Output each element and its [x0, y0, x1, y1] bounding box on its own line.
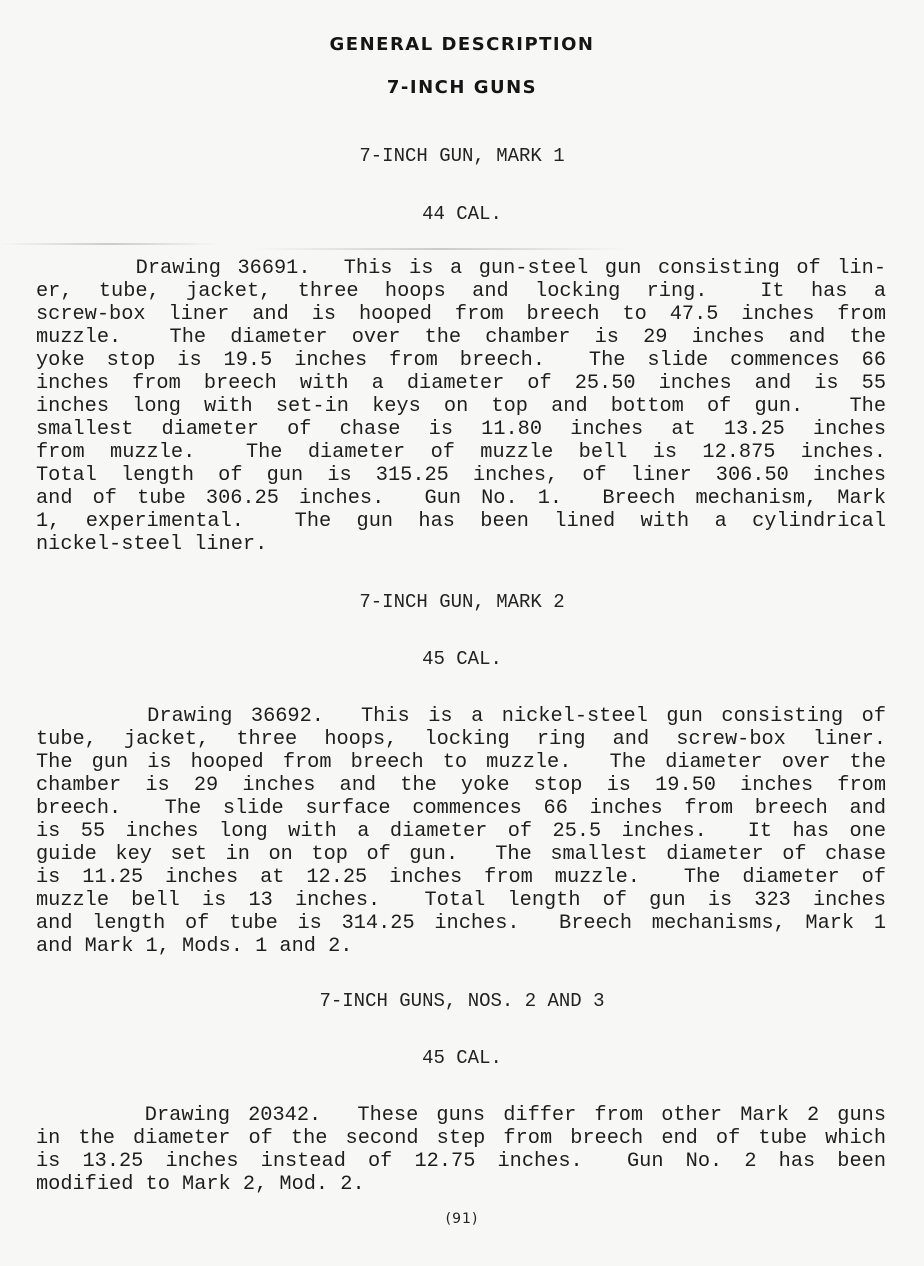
paragraph-line: inches long with set-in keys on top and … — [36, 395, 886, 418]
paragraph-line: is 11.25 inches at 12.25 inches from muz… — [36, 866, 886, 889]
paragraph-line: from muzzle. The diameter of muzzle bell… — [36, 441, 886, 464]
paragraph-line: in the diameter of the second step from … — [36, 1127, 886, 1150]
paragraph-line: Total length of gun is 315.25 inches, of… — [36, 464, 886, 487]
paragraph-line: Drawing 36691. This is a gun-steel gun c… — [36, 257, 886, 280]
paragraph-line: and length of tube is 314.25 inches. Bre… — [36, 912, 886, 935]
scan-artifact — [250, 248, 630, 250]
paragraph-line: Drawing 20342. These guns differ from ot… — [36, 1104, 886, 1127]
section-paragraph: Drawing 36692. This is a nickel-steel gu… — [36, 705, 886, 958]
section-paragraph: Drawing 36691. This is a gun-steel gun c… — [36, 257, 886, 556]
paragraph-line: yoke stop is 19.5 inches from breech. Th… — [36, 349, 886, 372]
scan-artifact — [0, 243, 220, 245]
paragraph-line: modified to Mark 2, Mod. 2. — [36, 1173, 886, 1196]
paragraph-line: smallest diameter of chase is 11.80 inch… — [36, 418, 886, 441]
paragraph-line: screw-box liner and is hooped from breec… — [36, 303, 886, 326]
paragraph-line: inches from breech with a diameter of 25… — [36, 372, 886, 395]
section-title: 7-INCH GUN, MARK 2 — [0, 591, 924, 613]
paragraph-line: 1, experimental. The gun has been lined … — [36, 510, 886, 533]
paragraph-line: is 13.25 inches instead of 12.75 inches.… — [36, 1150, 886, 1173]
section-title: 7-INCH GUN, MARK 1 — [0, 145, 924, 167]
section-caliber: 45 CAL. — [0, 648, 924, 670]
page-number: (91) — [0, 1211, 924, 1227]
document-subtitle: 7-INCH GUNS — [0, 77, 924, 98]
paragraph-line: The gun is hooped from breech to muzzle.… — [36, 751, 886, 774]
paragraph-line: muzzle bell is 13 inches. Total length o… — [36, 889, 886, 912]
paragraph-line: guide key set in on top of gun. The smal… — [36, 843, 886, 866]
paragraph-line: chamber is 29 inches and the yoke stop i… — [36, 774, 886, 797]
section-title: 7-INCH GUNS, NOS. 2 AND 3 — [0, 990, 924, 1012]
paragraph-line: er, tube, jacket, three hoops and lockin… — [36, 280, 886, 303]
paragraph-line: and of tube 306.25 inches. Gun No. 1. Br… — [36, 487, 886, 510]
document-page: GENERAL DESCRIPTION 7-INCH GUNS 7-INCH G… — [0, 0, 924, 1266]
paragraph-line: tube, jacket, three hoops, locking ring … — [36, 728, 886, 751]
section-caliber: 44 CAL. — [0, 203, 924, 225]
paragraph-line: is 55 inches long with a diameter of 25.… — [36, 820, 886, 843]
section-paragraph: Drawing 20342. These guns differ from ot… — [36, 1104, 886, 1196]
paragraph-line: and Mark 1, Mods. 1 and 2. — [36, 935, 886, 958]
paragraph-line: breech. The slide surface commences 66 i… — [36, 797, 886, 820]
document-title: GENERAL DESCRIPTION — [0, 34, 924, 55]
paragraph-line: nickel-steel liner. — [36, 533, 886, 556]
paragraph-line: Drawing 36692. This is a nickel-steel gu… — [36, 705, 886, 728]
paragraph-line: muzzle. The diameter over the chamber is… — [36, 326, 886, 349]
section-caliber: 45 CAL. — [0, 1047, 924, 1069]
